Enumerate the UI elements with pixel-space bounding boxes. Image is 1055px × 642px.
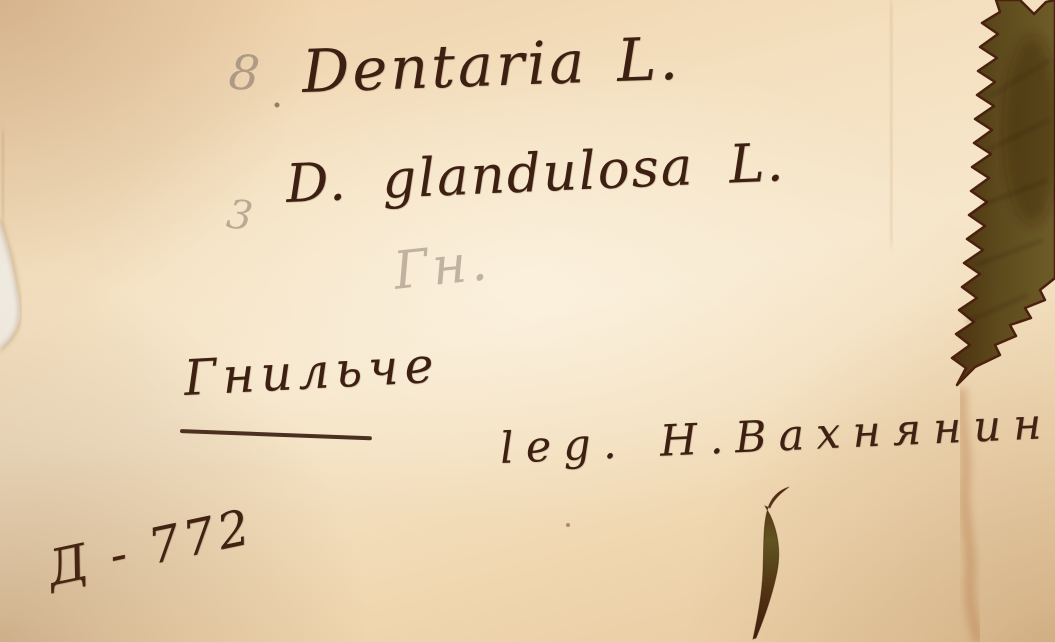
ink-speck	[275, 103, 280, 108]
herbarium-label-photo: 8 Dentaria L. 3 D. glandulosa L. Гн. Гни…	[0, 0, 1055, 642]
pencil-number-top: 8	[227, 48, 262, 98]
genus-title: Dentaria L.	[301, 29, 682, 101]
torn-edge-upper-shading	[2, 130, 4, 220]
ink-speck	[566, 523, 570, 527]
fold-stain	[890, 0, 893, 245]
leaf-fragment	[753, 487, 789, 639]
locality-name: Гнильче	[183, 341, 441, 403]
pencil-annotation: Гн.	[391, 236, 493, 298]
